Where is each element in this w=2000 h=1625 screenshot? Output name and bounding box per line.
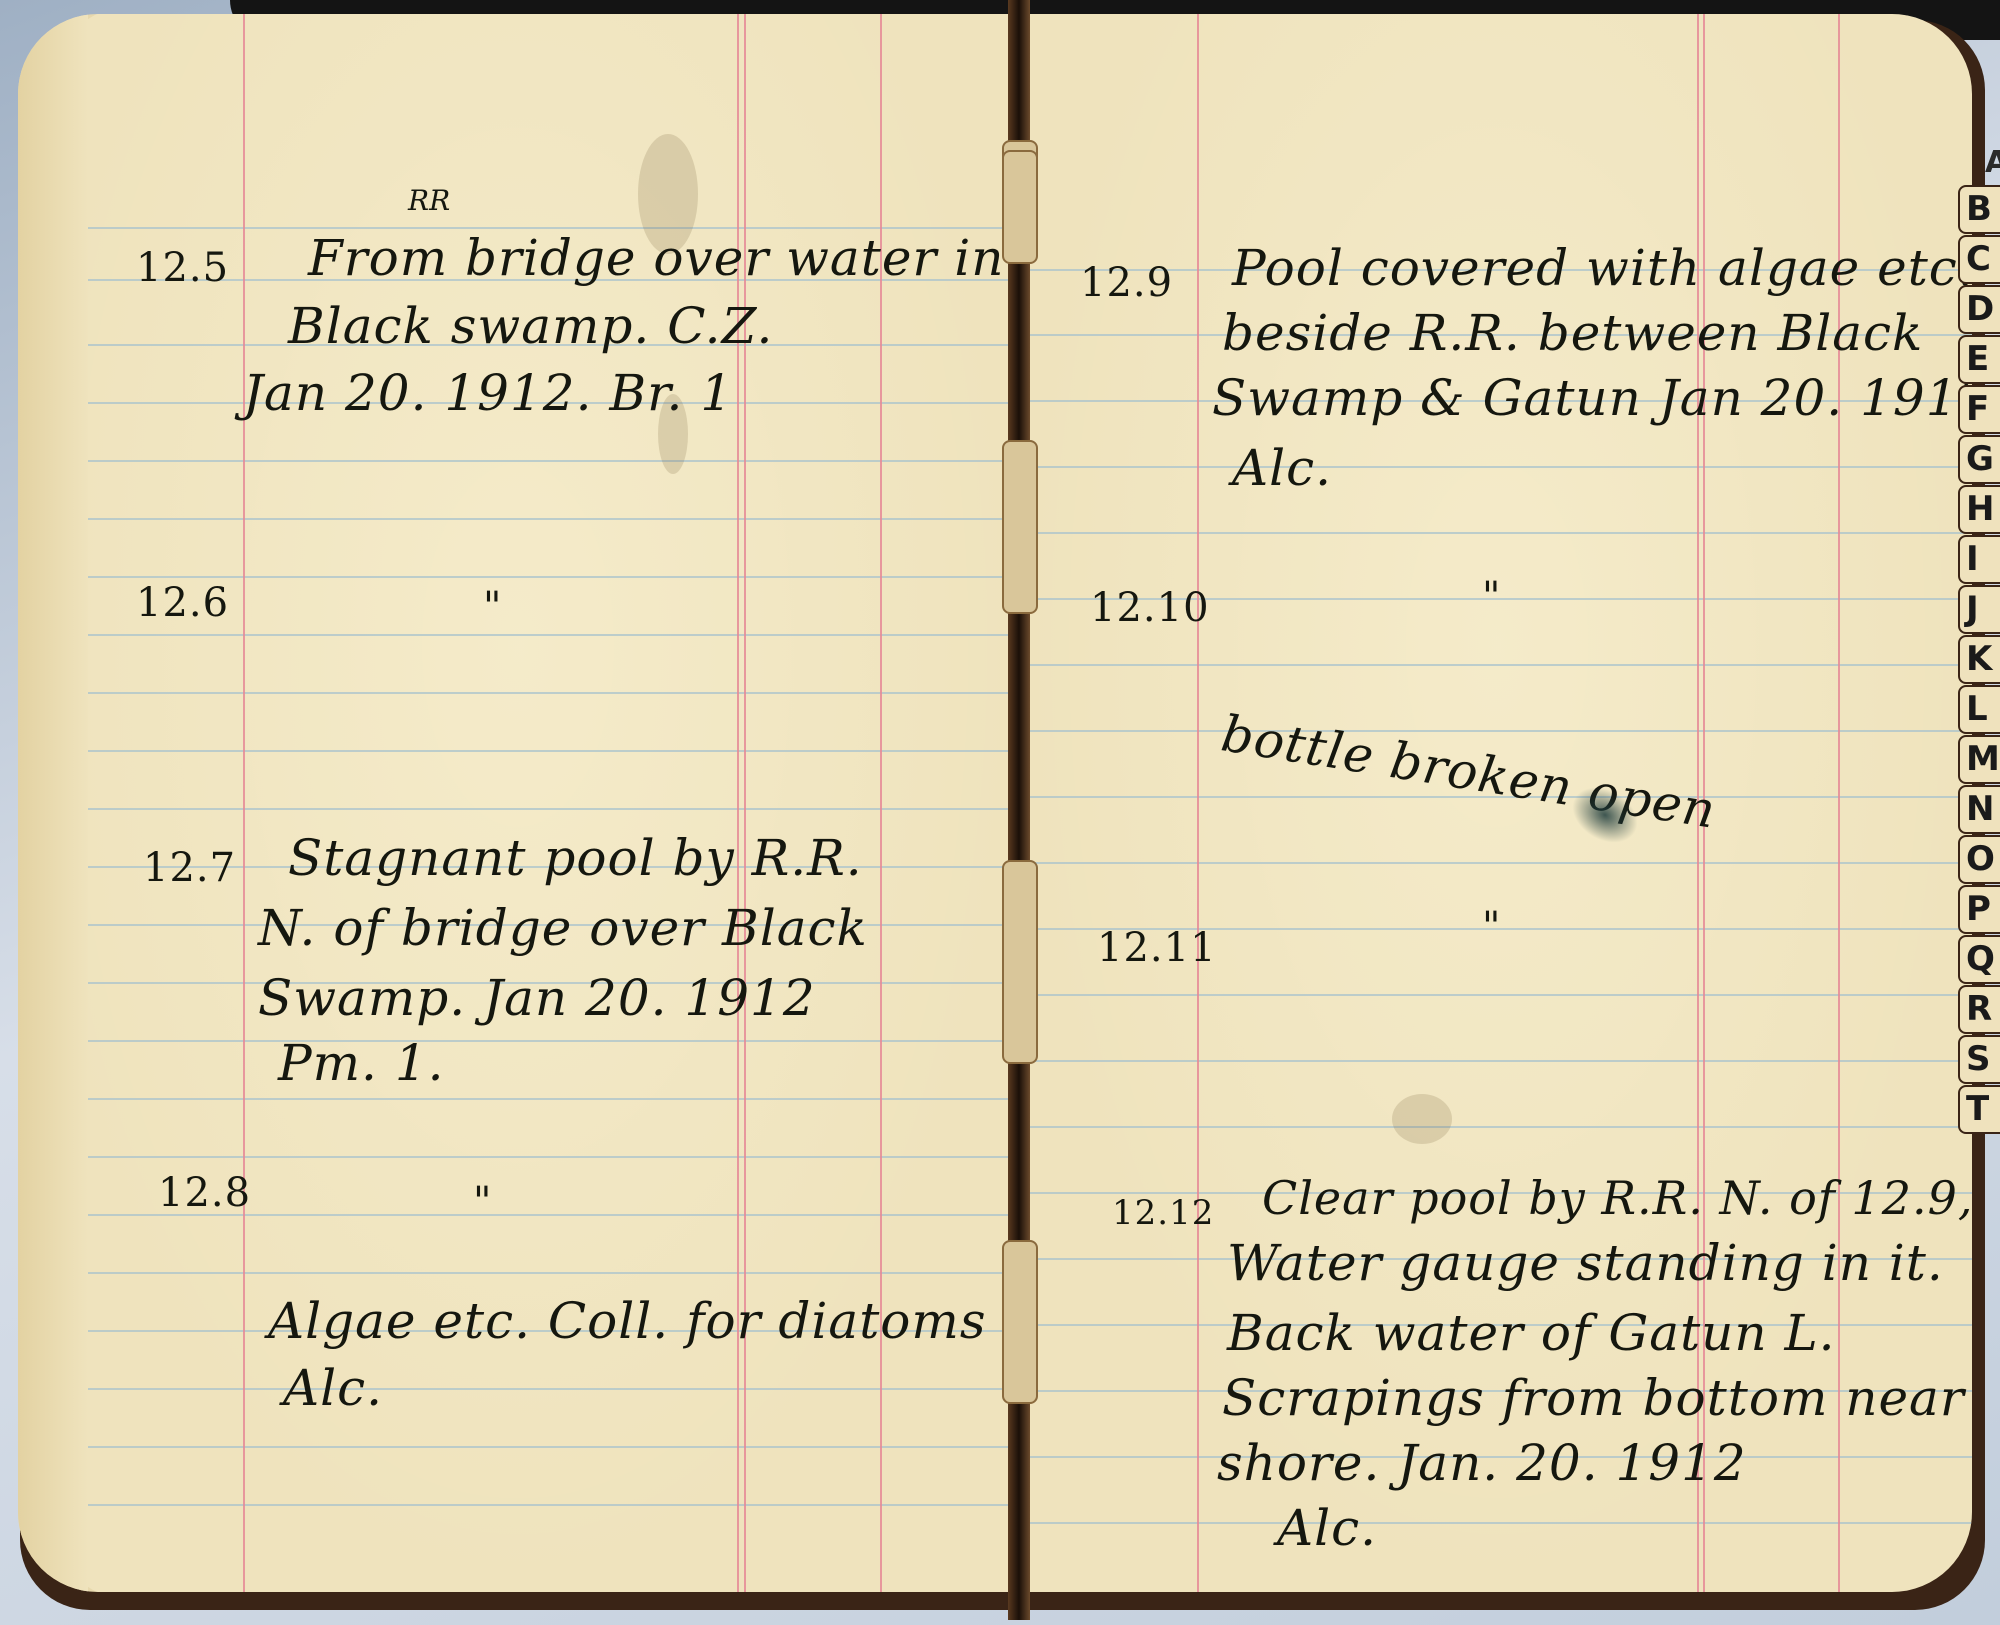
margin-line xyxy=(243,14,245,1592)
entry-line: Water gauge standing in it. xyxy=(1227,1234,1944,1292)
ruled-line xyxy=(78,460,1018,462)
ruled-line xyxy=(78,750,1018,752)
entry-number: 12.5 xyxy=(136,239,229,297)
left-page: 12.5 RR From bridge over water in Black … xyxy=(18,14,1018,1592)
ruled-line xyxy=(78,1388,1018,1390)
entry-line: Alc. xyxy=(1277,1499,1377,1557)
ruled-line xyxy=(78,1272,1018,1274)
binding-stitch xyxy=(1002,150,1038,264)
ruled-line xyxy=(78,518,1018,520)
index-tab[interactable]: S xyxy=(1958,1035,2000,1084)
ruled-line xyxy=(78,1446,1018,1448)
index-tab[interactable]: P xyxy=(1958,885,2000,934)
index-tab[interactable]: C xyxy=(1958,235,2000,284)
index-tab[interactable]: J xyxy=(1958,585,2000,634)
entry-line: Alc. xyxy=(1232,439,1332,497)
ruled-line xyxy=(78,1156,1018,1158)
entry-line: Back water of Gatun L. xyxy=(1227,1304,1836,1362)
index-tab[interactable]: E xyxy=(1958,335,2000,384)
index-tab[interactable]: I xyxy=(1958,535,2000,584)
entry-line: Pool covered with algae etc. xyxy=(1232,239,1972,297)
ditto-mark: " xyxy=(1482,904,1500,950)
entry-number: 12.10 xyxy=(1090,579,1210,637)
ruled-line xyxy=(1022,532,1972,534)
entry-line: Algae etc. Coll. for diatoms xyxy=(268,1292,986,1350)
entry-number: 12.11 xyxy=(1097,919,1217,977)
stain xyxy=(1392,1094,1452,1144)
binding-stitch xyxy=(1002,860,1038,1064)
index-tab[interactable]: F xyxy=(1958,385,2000,434)
entry-line: Scrapings from bottom near xyxy=(1222,1369,1965,1427)
entry-number: 12.12 xyxy=(1112,1184,1214,1242)
entry-line: Clear pool by R.R. N. of 12.9,10,11 xyxy=(1262,1169,1972,1227)
index-tab[interactable]: R xyxy=(1958,985,2000,1034)
entry-line: Jan 20. 1912. Br. 1 xyxy=(243,364,733,422)
entry-line: Black swamp. C.Z. xyxy=(288,297,773,355)
ruled-line xyxy=(1022,862,1972,864)
entry-line: beside R.R. between Black xyxy=(1222,304,1923,362)
ruled-line xyxy=(1022,994,1972,996)
index-tab[interactable]: K xyxy=(1958,635,2000,684)
index-tab[interactable]: H xyxy=(1958,485,2000,534)
index-tab[interactable]: B xyxy=(1958,185,2000,234)
binding-stitch xyxy=(1002,440,1038,614)
entry-number: 12.7 xyxy=(143,839,236,897)
index-tab[interactable]: Q xyxy=(1958,935,2000,984)
entry-line: bottle broken open xyxy=(1217,704,1720,839)
index-tab[interactable]: M xyxy=(1958,735,2000,784)
ruled-line xyxy=(1022,1060,1972,1062)
ruled-line xyxy=(1022,1522,1972,1524)
binding-stitch xyxy=(1002,1240,1038,1404)
entry-number: 12.9 xyxy=(1080,254,1173,312)
ruled-line xyxy=(1022,730,1972,732)
entry-superscript: RR xyxy=(408,184,450,217)
ruled-line xyxy=(78,1504,1018,1506)
entry-number: 12.6 xyxy=(136,574,229,632)
ruled-line xyxy=(78,1040,1018,1042)
index-tab[interactable]: G xyxy=(1958,435,2000,484)
alphabet-index-tabs: B C D E F G H I J K L M N O P Q R S T xyxy=(1958,185,2000,1135)
entry-line: Swamp & Gatun Jan 20. 1912 xyxy=(1212,369,1972,427)
index-tab[interactable]: O xyxy=(1958,835,2000,884)
entry-line: Pm. 1. xyxy=(278,1034,445,1092)
margin-line xyxy=(1197,14,1199,1592)
entry-line: N. of bridge over Black xyxy=(258,899,868,957)
entry-line: From bridge over water in xyxy=(308,229,1004,287)
entry-number: 12.8 xyxy=(158,1164,251,1222)
ditto-mark: " xyxy=(483,584,501,630)
index-tab[interactable]: T xyxy=(1958,1085,2000,1134)
ditto-mark: " xyxy=(1482,574,1500,620)
index-tab[interactable]: D xyxy=(1958,285,2000,334)
index-tab[interactable]: N xyxy=(1958,785,2000,834)
ruled-line xyxy=(78,808,1018,810)
ruled-line xyxy=(1022,664,1972,666)
ruled-line xyxy=(78,692,1018,694)
ditto-mark: " xyxy=(473,1179,491,1225)
ruled-line xyxy=(1022,466,1972,468)
entry-line: Swamp. Jan 20. 1912 xyxy=(258,969,816,1027)
right-page: 12.9 Pool covered with algae etc. beside… xyxy=(1022,14,1972,1592)
entry-line: Alc. xyxy=(283,1359,383,1417)
entry-line: Stagnant pool by R.R. xyxy=(288,829,863,887)
index-tab-top[interactable]: A xyxy=(1985,145,2000,180)
ruled-line xyxy=(78,1098,1018,1100)
index-tab[interactable]: L xyxy=(1958,685,2000,734)
ruled-line xyxy=(78,634,1018,636)
ruled-line xyxy=(1022,1126,1972,1128)
entry-line: shore. Jan. 20. 1912 xyxy=(1217,1434,1747,1492)
